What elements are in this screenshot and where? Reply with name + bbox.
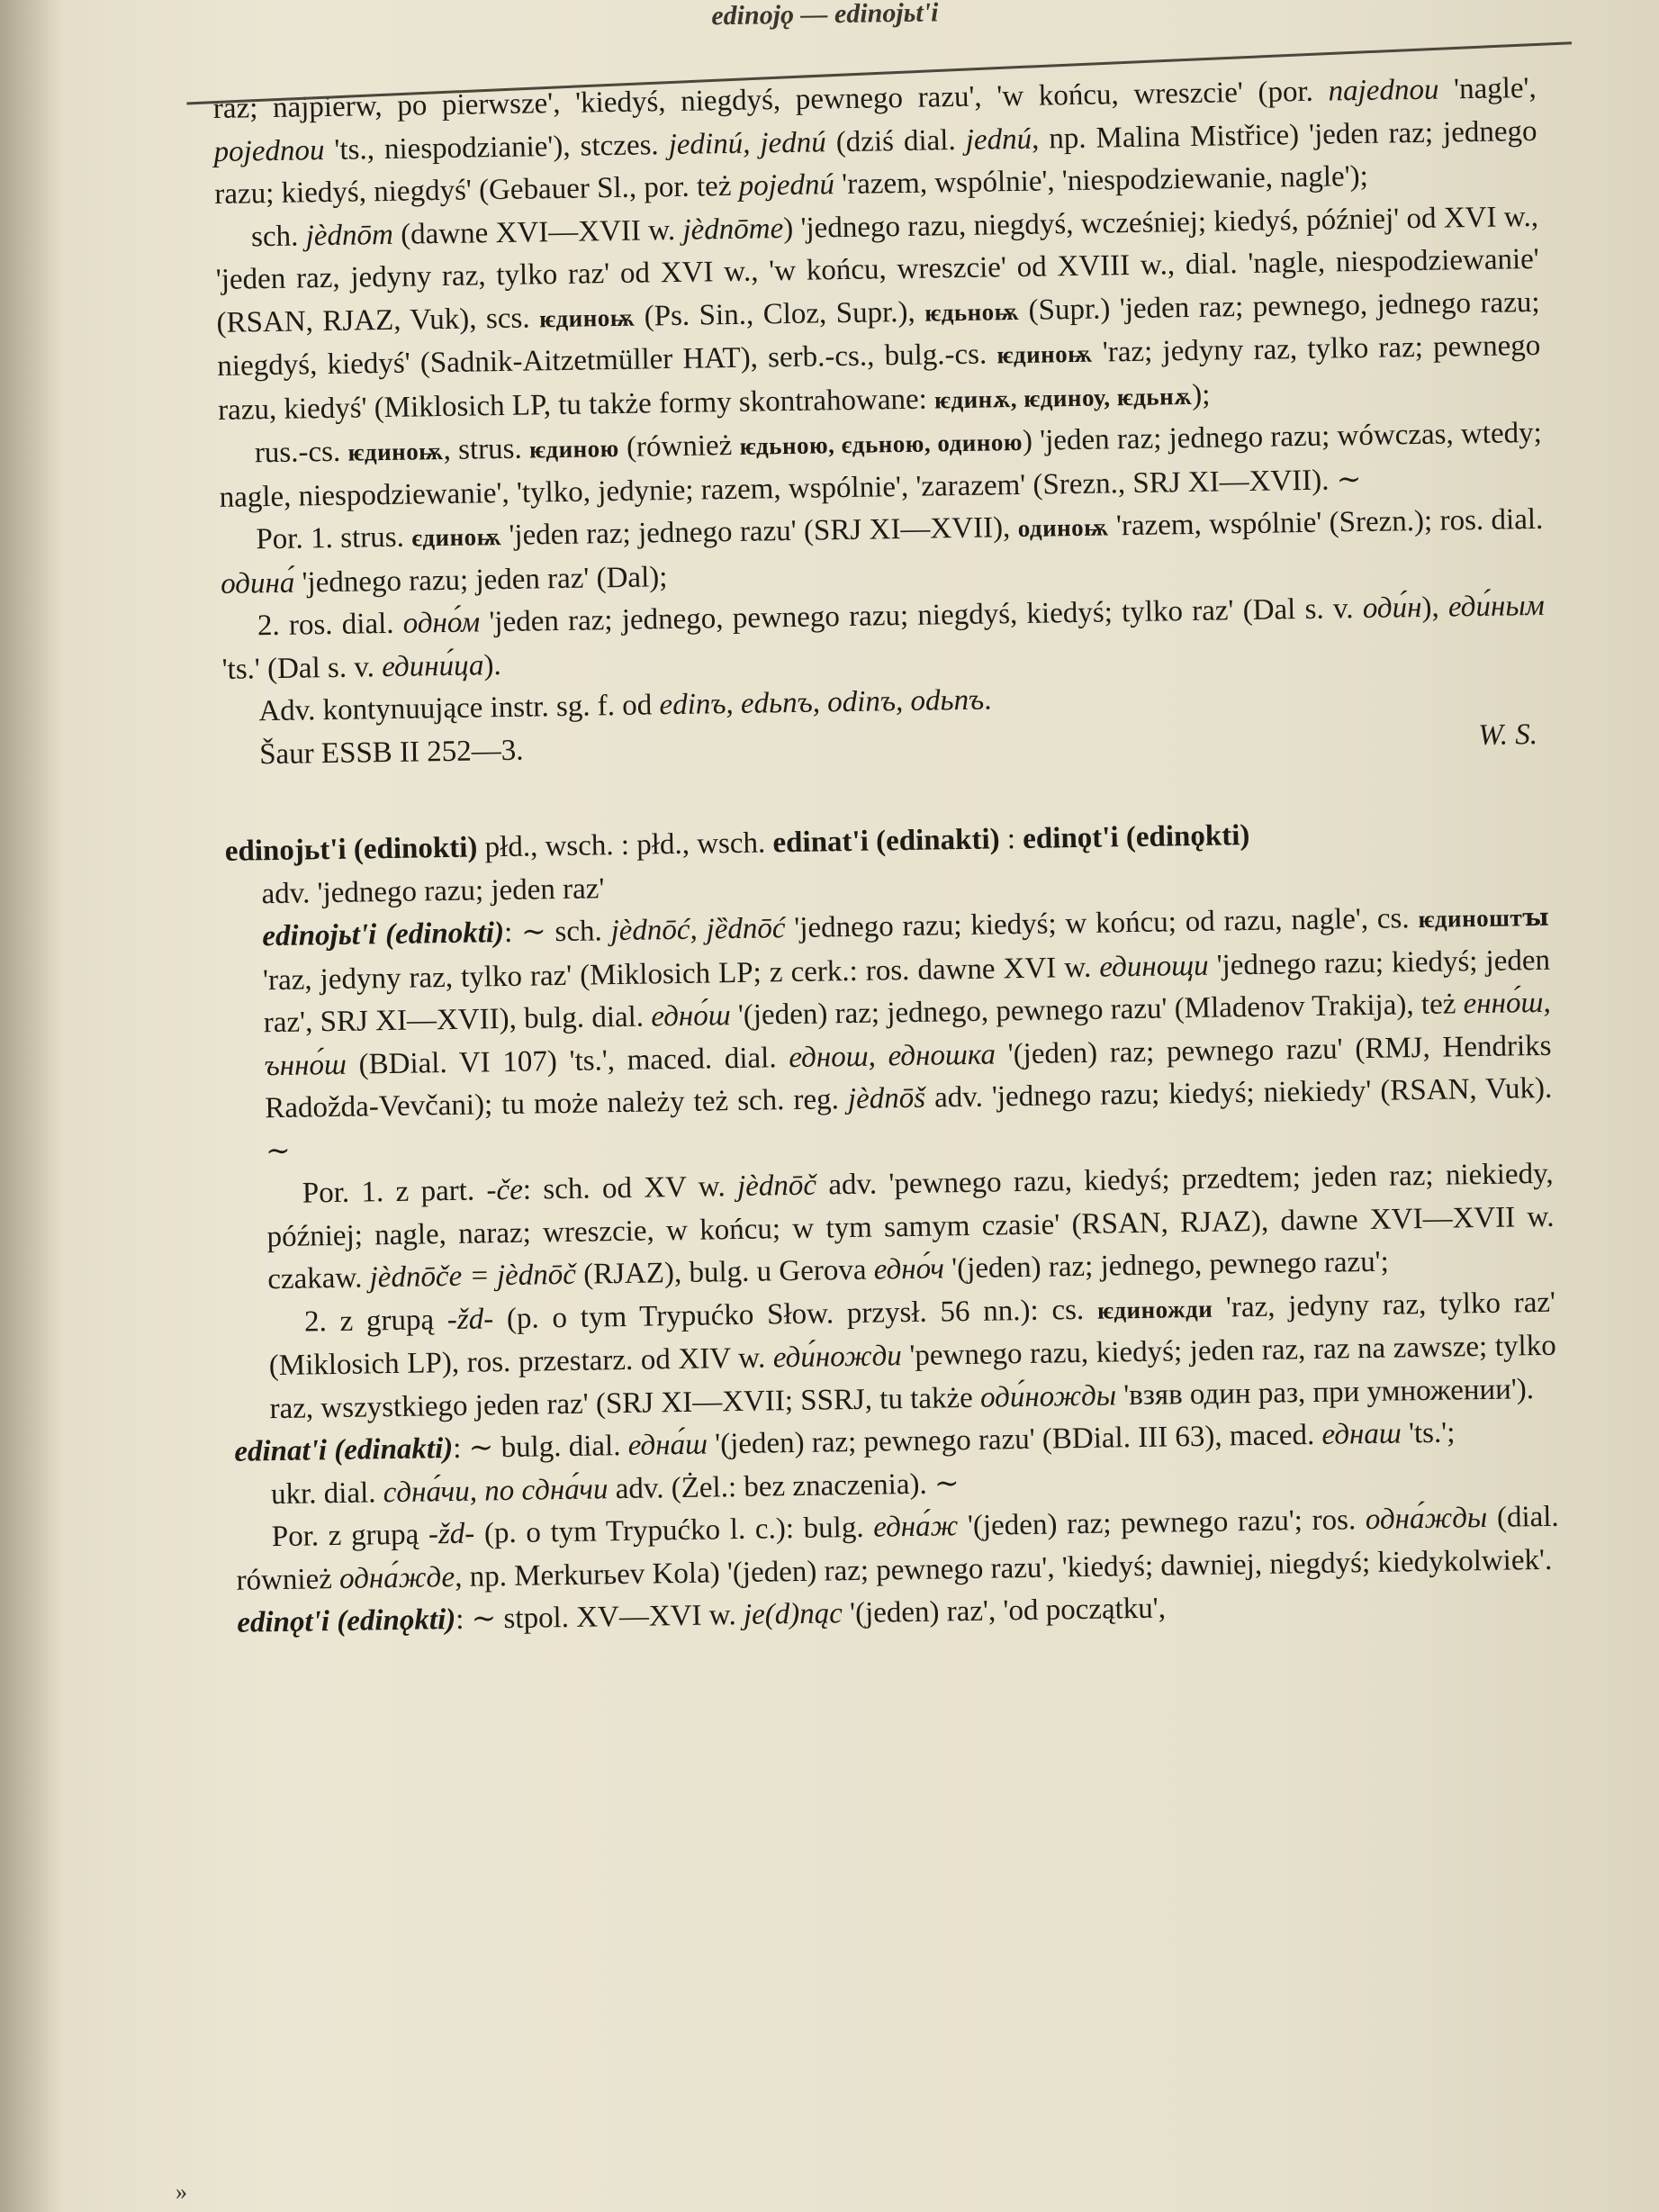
comparison-1b: Por. 1. z part. -če: sch. od XV w. jèdnō… <box>230 1153 1555 1303</box>
book-gutter-shadow <box>0 0 63 2212</box>
headword: edinojьt'i (edinokti) <box>225 831 478 867</box>
author-initials: W. S. <box>1442 713 1546 757</box>
subentry-edinojbti: edinojьt'i (edinokti): ∼ sch. jèdnōć, jȅ… <box>226 896 1553 1174</box>
entry-edinojo-continuation: raz; najpierw, po pierwsze', 'kiedyś, ni… <box>213 68 1561 1645</box>
running-head-title: edinojǫ — edinojьt'i <box>711 0 939 32</box>
serbocroatian-paragraph: sch. jèdnōm (dawne XVI—XVII w. jèdnōme) … <box>215 195 1542 433</box>
comparison-2b: 2. z grupą -žd- (p. o tym Trypućko Słow.… <box>232 1281 1557 1431</box>
page-number: 19 <box>1519 0 1544 1</box>
margin-mark: » <box>176 2179 187 2206</box>
running-head: edinojǫ — edinojьt'i 19 <box>212 0 1536 72</box>
bibliography-ref: Šaur ESSB II 252—3. <box>223 729 524 777</box>
dictionary-page: edinojǫ — edinojьt'i 19 raz; najpierw, p… <box>212 0 1561 1645</box>
czech-paragraph: raz; najpierw, po pierwsze', 'kiedyś, ni… <box>213 68 1538 217</box>
